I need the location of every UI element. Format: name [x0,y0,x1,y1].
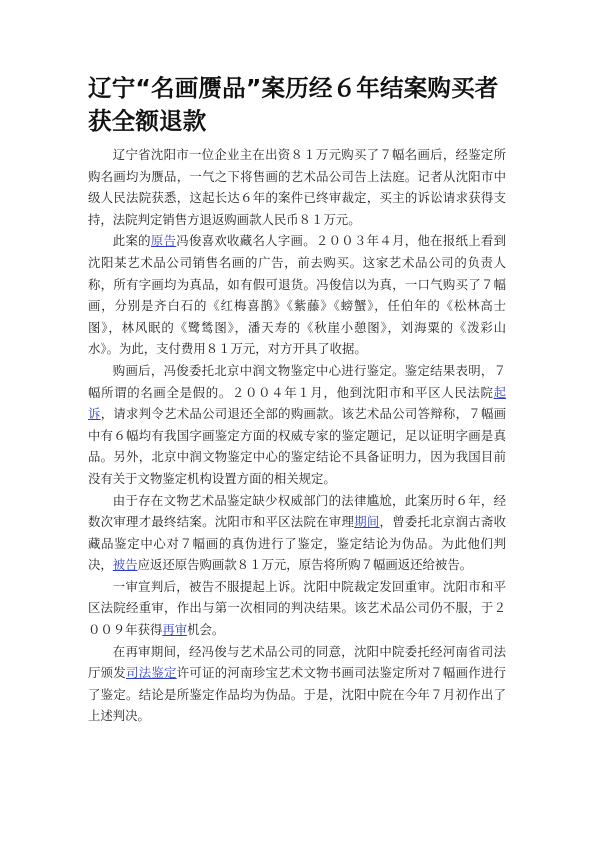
text-segment: 辽宁省沈阳市一位企业主在出资８１万元购买了７幅名画后，经鉴定所购名画均为赝品，一… [88,147,506,227]
paragraph-3: 购画后，冯俊委托北京中润文物鉴定中心进行鉴定。鉴定结果表明，７幅所谓的名画全是假… [88,360,506,490]
paragraph-6: 在再审期间，经冯俊与艺术品公司的同意，沈阳中院委托经河南省司法厅颁发司法鉴定许可… [88,641,506,727]
paragraph-2: 此案的原告冯俊喜欢收藏名人字画。２００３年４月，他在报纸上看到沈阳某艺术品公司销… [88,230,506,360]
link-judicial-appraisal[interactable]: 司法鉴定 [126,665,177,680]
text-segment: 购画后，冯俊委托北京中润文物鉴定中心进行鉴定。鉴定结果表明，７幅所谓的名画全是假… [88,363,506,400]
text-segment: 一审宣判后，被告不服提起上诉。沈阳中院裁定发回重审。沈阳市和平区法院经重审，作出… [88,579,506,637]
link-retrial[interactable]: 再审 [162,622,187,637]
paragraph-5: 一审宣判后，被告不服提起上诉。沈阳中院裁定发回重审。沈阳市和平区法院经重审，作出… [88,576,506,641]
text-segment: 应返还原告购画款８１万元，原告将所购７幅画返还给被告。 [138,557,473,572]
link-period[interactable]: 期间 [354,514,379,529]
text-segment: 机会。 [187,622,224,637]
text-segment: 此案的 [113,233,151,248]
document-page: 辽宁“名画赝品”案历经６年结案购买者获全额退款 辽宁省沈阳市一位企业主在出资８１… [88,72,506,727]
text-segment: 冯俊喜欢收藏名人字画。２００３年４月，他在报纸上看到沈阳某艺术品公司销售名画的广… [88,233,506,356]
link-plaintiff[interactable]: 原告 [151,233,176,248]
link-defendant[interactable]: 被告 [113,557,138,572]
text-segment: ，请求判令艺术品公司退还全部的购画款。该艺术品公司答辩称，７幅画中有６幅均有我国… [88,406,506,486]
article-title: 辽宁“名画赝品”案历经６年结案购买者获全额退款 [88,72,506,138]
paragraph-1: 辽宁省沈阳市一位企业主在出资８１万元购买了７幅名画后，经鉴定所购名画均为赝品，一… [88,144,506,230]
paragraph-4: 由于存在文物艺术品鉴定缺少权威部门的法律尴尬，此案历时６年，经数次审理才最终结案… [88,490,506,576]
